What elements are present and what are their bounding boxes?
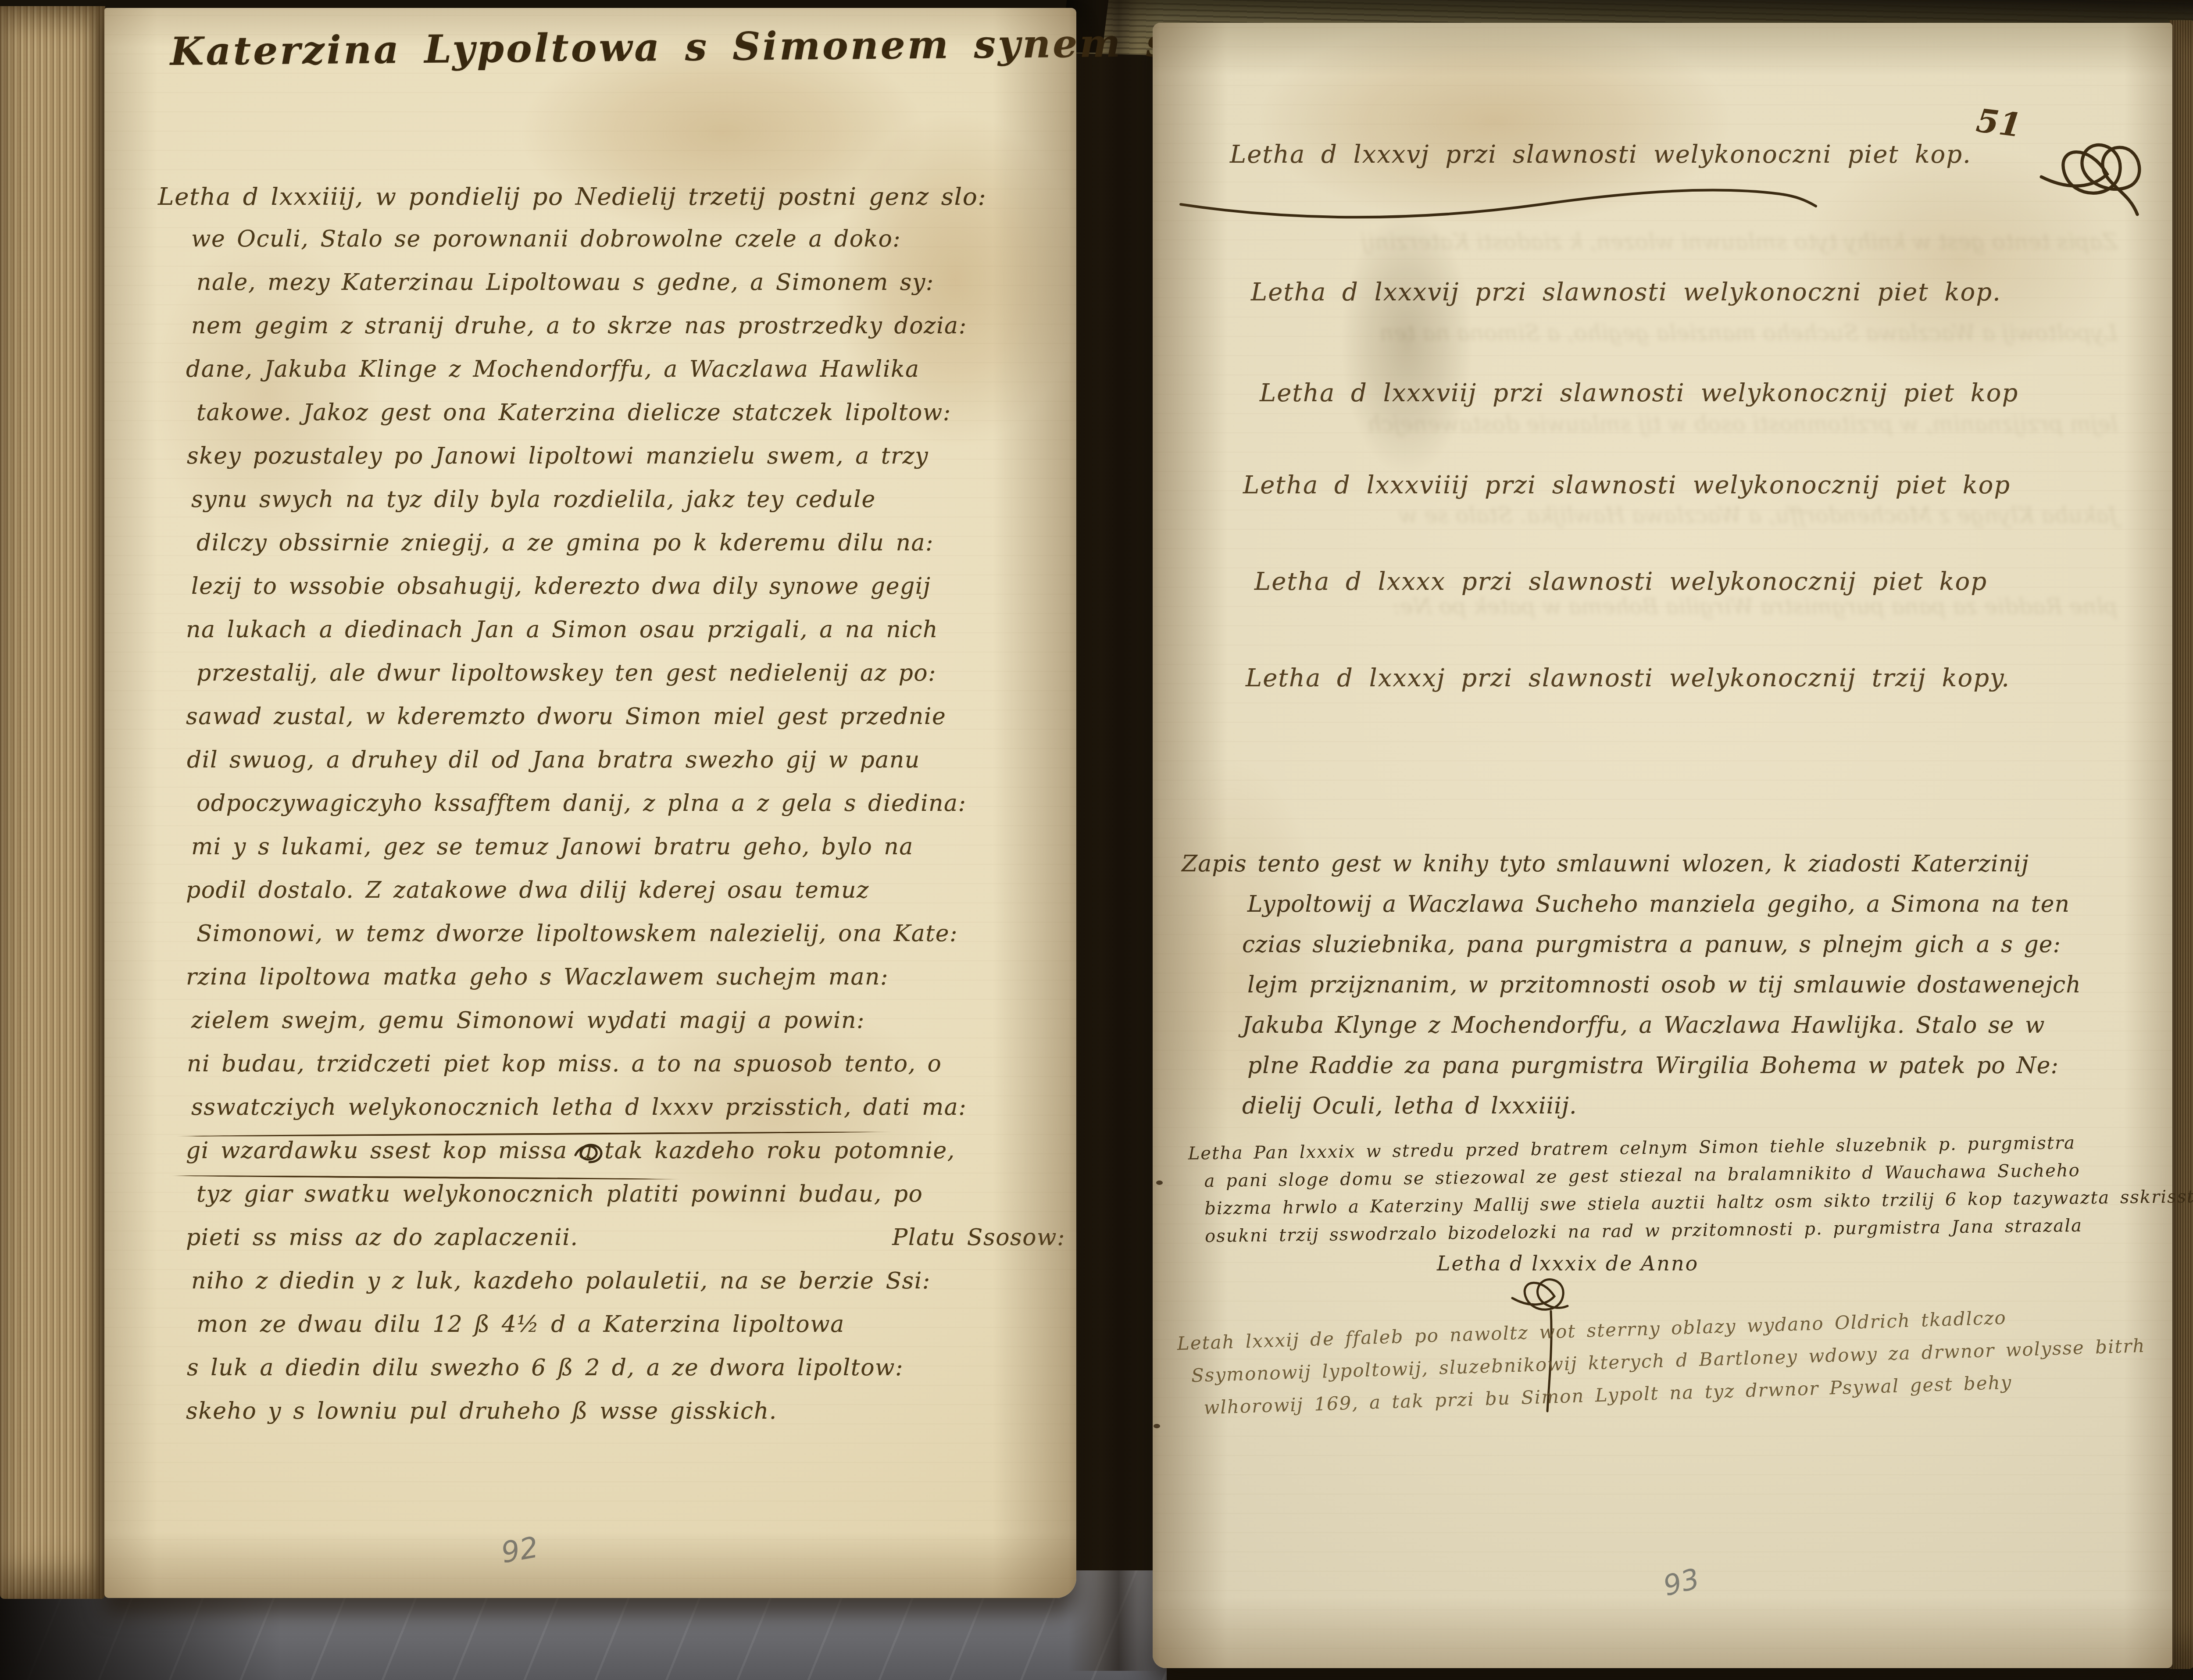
addendum-block-1: Letha Pan lxxxix w stredu przed bratrem … <box>1204 1132 2166 1254</box>
manuscript-line: gi wzardawku ssest kop missa a tak kazde… <box>186 1138 955 1164</box>
year-entry-line: Letha d lxxxviiij przi slawnosti welykon… <box>1243 471 2011 499</box>
ink-speck <box>1156 1181 1163 1185</box>
smudge-stain <box>1341 211 1473 474</box>
manuscript-line: tyz giar swatku welykonocznich platiti p… <box>196 1181 1065 1224</box>
manuscript-line: Jakuba Klynge z Mochendorffu, a Waczlawa… <box>1242 1012 2151 1052</box>
manuscript-line: lejm przijznanim, w przitomnosti osob w … <box>1247 972 2151 1012</box>
manuscript-line: pieti ss miss az do zaplaczenii. Platu S… <box>186 1224 1065 1268</box>
manuscript-line: rzina lipoltowa matka geho s Waczlawem s… <box>186 964 1065 1007</box>
year-entry-line: Letha d lxxxx przi slawnosti welykonoczn… <box>1254 567 1987 596</box>
left-page-body: Letha d lxxxiiij, w pondielij po Nedieli… <box>186 182 1065 1441</box>
record-paragraph: Zapis tento gest w knihy tyto smlauwni w… <box>1182 851 2151 1133</box>
water-stain <box>1258 18 1732 225</box>
manuscript-line: dielij Oculi, letha d lxxxiiij. <box>1242 1093 2151 1133</box>
manuscript-line: s luk a diedin dilu swezho 6 ß 2 d, a ze… <box>187 1355 1065 1398</box>
ink-knot-icon <box>2039 123 2148 224</box>
manuscript-line: Lypoltowij a Waczlawa Sucheho manziela g… <box>1247 891 2151 931</box>
ink-scribble-icon <box>573 1141 605 1170</box>
manuscript-line: takowe. Jakoz gest ona Katerzina dielicz… <box>196 399 1065 443</box>
manuscript-line: skeho y s lowniu pul druheho ß wsse giss… <box>186 1398 1065 1441</box>
page-number-pencil-right: 93 <box>1660 1562 1703 1603</box>
year-entry-line: Letha d lxxxxj przi slawnosti welykonocz… <box>1246 664 2010 692</box>
manuscript-line: skey pozustaley po Janowi lipoltowi manz… <box>187 443 1065 486</box>
page-number-pencil-left: 92 <box>499 1530 541 1569</box>
manuscript-line: mi y s lukami, gez se temuz Janowi bratr… <box>191 834 1065 877</box>
manuscript-line-inline-note: Platu Ssosow: <box>892 1224 1065 1268</box>
manuscript-line: odpoczywagiczyho kssafftem danij, z plna… <box>196 790 1065 834</box>
manuscript-line: dil swuog, a druhey dil od Jana bratra s… <box>187 747 1065 790</box>
manuscript-line: ni budau, trzidczeti piet kop miss. a to… <box>187 1051 1065 1094</box>
ink-speck <box>1154 1424 1160 1428</box>
manuscript-line: czias sluziebnika, pana purgmistra a pan… <box>1242 931 2151 972</box>
left-page: Katerzina Lypoltowa s Simonem synem swym… <box>104 8 1076 1598</box>
manuscript-line: niho z diedin y z luk, kazdeho polauleti… <box>191 1268 1065 1311</box>
manuscript-line-struck: gi wzardawku ssest kop missa a tak kazde… <box>186 1138 1065 1181</box>
left-page-heading: Katerzina Lypoltowa s Simonem synem swym <box>170 21 1070 74</box>
manuscript-line: nale, mezy Katerzinau Lipoltowau s gedne… <box>196 269 1065 313</box>
manuscript-line: nem gegim z stranij druhe, a to skrze na… <box>191 313 1065 356</box>
manuscript-line-struck: sswatcziych welykonocznich letha d lxxxv… <box>191 1094 1065 1138</box>
manuscript-line: plne Raddie za pana purgmistra Wirgilia … <box>1247 1052 2151 1093</box>
manuscript-photo: Katerzina Lypoltowa s Simonem synem swym… <box>0 0 2193 1680</box>
manuscript-line: we Oculi, Stalo se porownanii dobrowolne… <box>191 226 1065 269</box>
manuscript-line: sawad zustal, w kderemzto dworu Simon mi… <box>186 703 1065 747</box>
gutter-shadow <box>1068 0 1160 1671</box>
year-entry-line: Letha d lxxxviij przi slawnosti welykono… <box>1260 379 2018 407</box>
manuscript-line: dilczy obssirnie zniegij, a ze gmina po … <box>196 530 1065 573</box>
manuscript-line: lezij to wssobie obsahugij, kderezto dwa… <box>191 573 1065 617</box>
addendum-date-line: Letha d lxxxix de Anno <box>1437 1252 1699 1275</box>
addendum-block-2: Letah lxxxij de ffaleb po nawoltz wot st… <box>1177 1302 2162 1430</box>
folio-number-ink: 51 <box>1974 102 2024 145</box>
water-stain <box>1802 146 2118 374</box>
manuscript-line: mon ze dwau dilu 12 ß 4½ d a Katerzina l… <box>196 1311 1065 1355</box>
right-page-block-edges <box>2169 20 2193 1669</box>
flourish-underline <box>1177 177 1835 230</box>
year-entry-line: Letha d lxxxvj przi slawnosti welykonocz… <box>1230 140 1972 169</box>
manuscript-line: dane, Jakuba Klinge z Mochendorffu, a Wa… <box>186 356 1065 399</box>
manuscript-line: na lukach a diedinach Jan a Simon osau p… <box>186 617 1065 660</box>
manuscript-line: podil dostalo. Z zatakowe dwa dilij kder… <box>186 877 1065 920</box>
manuscript-line: Simonowi, w temz dworze lipoltowskem nal… <box>196 920 1065 964</box>
right-page: Zapis tento gest w knihy tyto smlauwni w… <box>1153 23 2172 1668</box>
manuscript-line: zielem swejm, gemu Simonowi wydati magij… <box>191 1007 1065 1051</box>
year-entry-line: Letha d lxxxvij przi slawnosti welykonoc… <box>1251 278 2001 307</box>
manuscript-line: pieti ss miss az do zaplaczenii. <box>186 1224 578 1268</box>
left-page-block-edges <box>0 6 105 1599</box>
manuscript-line: Letha d lxxxiiij, w pondielij po Nedieli… <box>158 182 1065 226</box>
manuscript-line: synu swych na tyz dily byla rozdielila, … <box>191 486 1065 530</box>
manuscript-line: przestalij, ale dwur lipoltowskey ten ge… <box>196 660 1065 703</box>
manuscript-line: Zapis tento gest w knihy tyto smlauwni w… <box>1182 851 2151 891</box>
